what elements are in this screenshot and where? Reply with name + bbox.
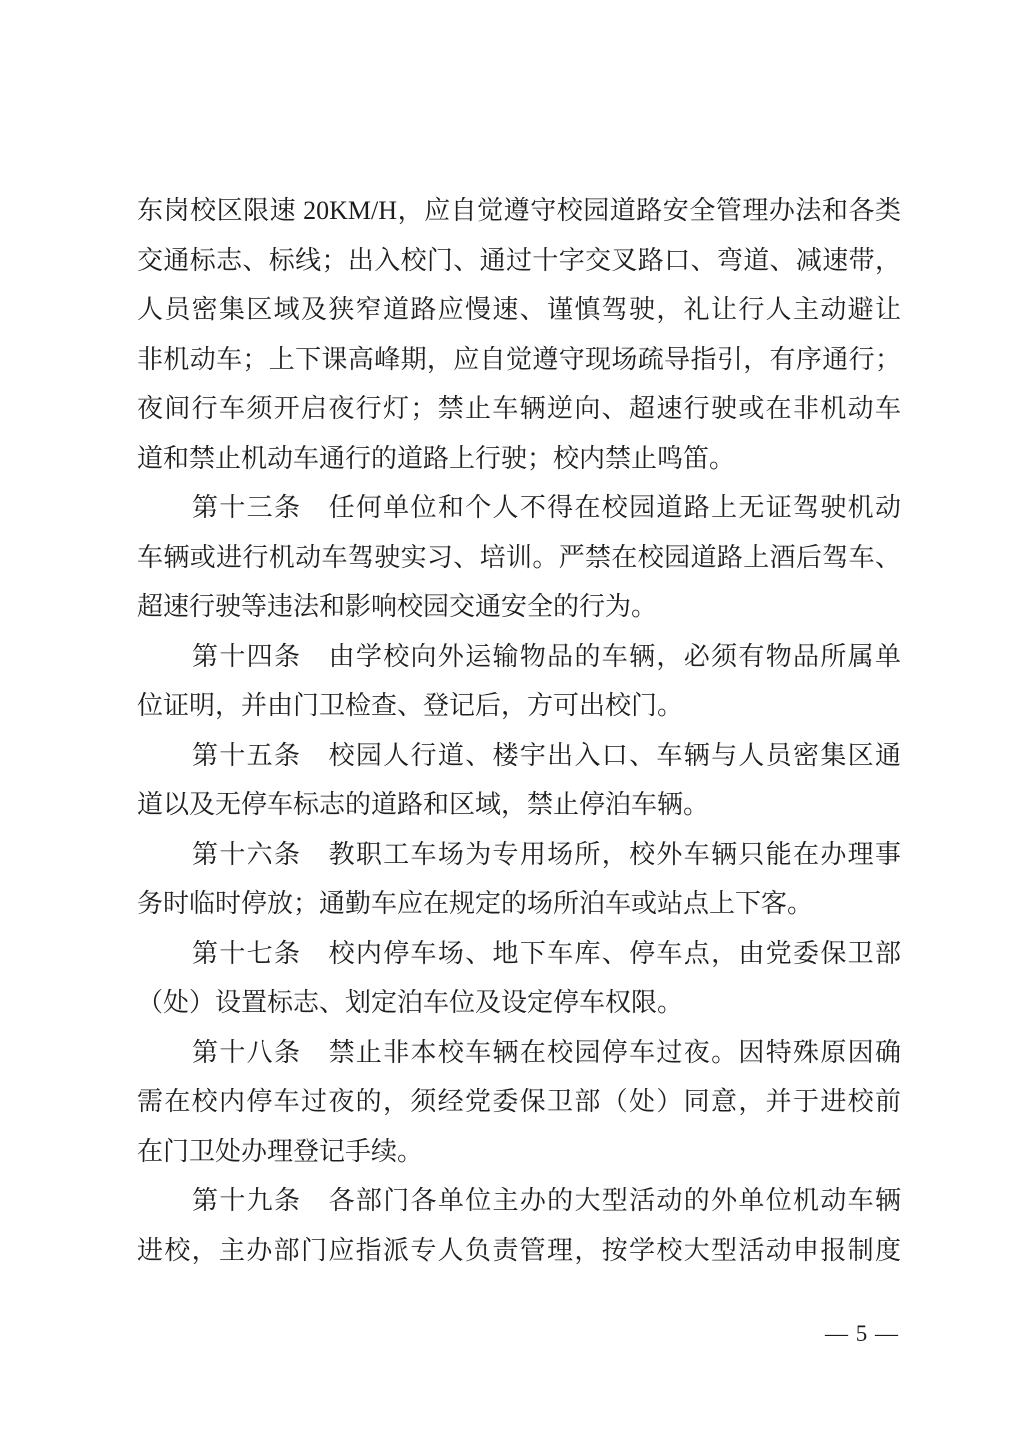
text-line: 道以及无停车标志的道路和区域，禁止停泊车辆。 [137,780,901,830]
text-line: 第十八条 禁止非本校车辆在校园停车过夜。因特殊原因确 [137,1028,901,1078]
text-line: 第十四条 由学校向外运输物品的车辆，必须有物品所属单 [137,632,901,682]
text-line: 人员密集区域及狭窄道路应慢速、谨慎驾驶，礼让行人主动避让 [137,285,901,335]
page-number: — 5 — [825,1320,899,1348]
text-line: 夜间行车须开启夜行灯；禁止车辆逆向、超速行驶或在非机动车 [137,384,901,434]
text-line: （处）设置标志、划定泊车位及设定停车权限。 [137,978,901,1028]
text-line: 在门卫处办理登记手续。 [137,1127,901,1177]
text-line: 第十三条 任何单位和个人不得在校园道路上无证驾驶机动 [137,483,901,533]
text-line: 进校，主办部门应指派专人负责管理，按学校大型活动申报制度 [137,1226,901,1276]
text-line: 第十九条 各部门各单位主办的大型活动的外单位机动车辆 [137,1176,901,1226]
text-line: 交通标志、标线；出入校门、通过十字交叉路口、弯道、减速带， [137,236,901,286]
text-line: 务时临时停放；通勤车应在规定的场所泊车或站点上下客。 [137,879,901,929]
text-line: 位证明，并由门卫检查、登记后，方可出校门。 [137,681,901,731]
text-line: 第十五条 校园人行道、楼宇出入口、车辆与人员密集区通 [137,731,901,781]
document-page: 东岗校区限速 20KM/H，应自觉遵守校园道路安全管理办法和各类交通标志、标线；… [0,0,1024,1448]
text-line: 第十七条 校内停车场、地下车库、停车点，由党委保卫部 [137,929,901,979]
text-line: 非机动车；上下课高峰期，应自觉遵守现场疏导指引，有序通行； [137,335,901,385]
text-line: 超速行驶等违法和影响校园交通安全的行为。 [137,582,901,632]
text-line: 车辆或进行机动车驾驶实习、培训。严禁在校园道路上酒后驾车、 [137,533,901,583]
text-line: 需在校内停车过夜的，须经党委保卫部（处）同意，并于进校前 [137,1077,901,1127]
text-line: 东岗校区限速 20KM/H，应自觉遵守校园道路安全管理办法和各类 [137,186,901,236]
text-line: 第十六条 教职工车场为专用场所，校外车辆只能在办理事 [137,830,901,880]
text-line: 道和禁止机动车通行的道路上行驶；校内禁止鸣笛。 [137,434,901,484]
document-body: 东岗校区限速 20KM/H，应自觉遵守校园道路安全管理办法和各类交通标志、标线；… [137,186,901,1275]
